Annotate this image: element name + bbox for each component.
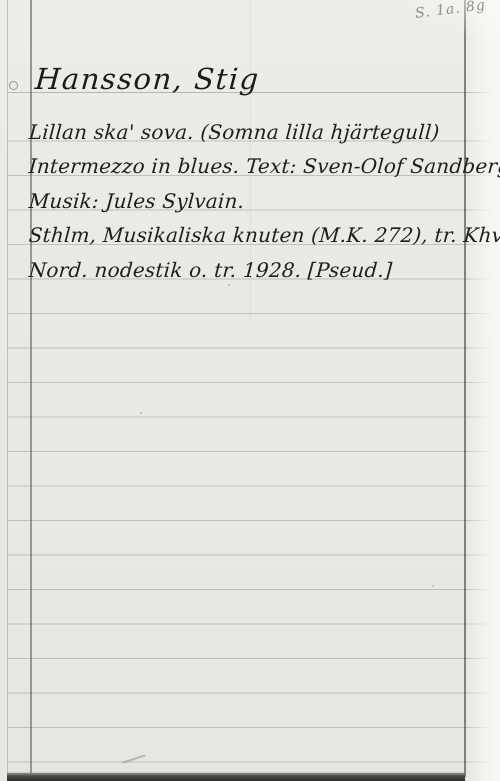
pencil-smudge <box>122 754 145 763</box>
paper-speck <box>140 412 142 414</box>
scanned-catalog-card: S. 1a. 8g Hansson, Stig Lillan ska' sova… <box>0 0 500 781</box>
paper-speck <box>378 236 380 238</box>
card-line-subtitle-text-credit: Intermezzo in blues. Text: Sven-Olof San… <box>28 154 500 178</box>
card-line-music-credit: Musik: Jules Sylvain. <box>28 189 245 213</box>
right-edge-strip <box>466 0 500 781</box>
left-margin-line <box>30 0 32 777</box>
card-line-title: Lillan ska' sova. (Somna lilla hjärtegul… <box>28 120 440 144</box>
card-line-print-year-pseud: Nord. nodestik o. tr. 1928. [Pseud.] <box>28 258 393 282</box>
bottom-scan-shadow <box>7 773 465 781</box>
paper-speck <box>228 284 230 286</box>
paper-edge-line <box>7 0 8 781</box>
paper-speck <box>432 585 434 587</box>
card-heading-author: Hansson, Stig <box>34 62 261 96</box>
ring-hole-mark <box>9 81 18 90</box>
card-line-publisher: Sthlm, Musikaliska knuten (M.K. 272), tr… <box>28 223 500 247</box>
